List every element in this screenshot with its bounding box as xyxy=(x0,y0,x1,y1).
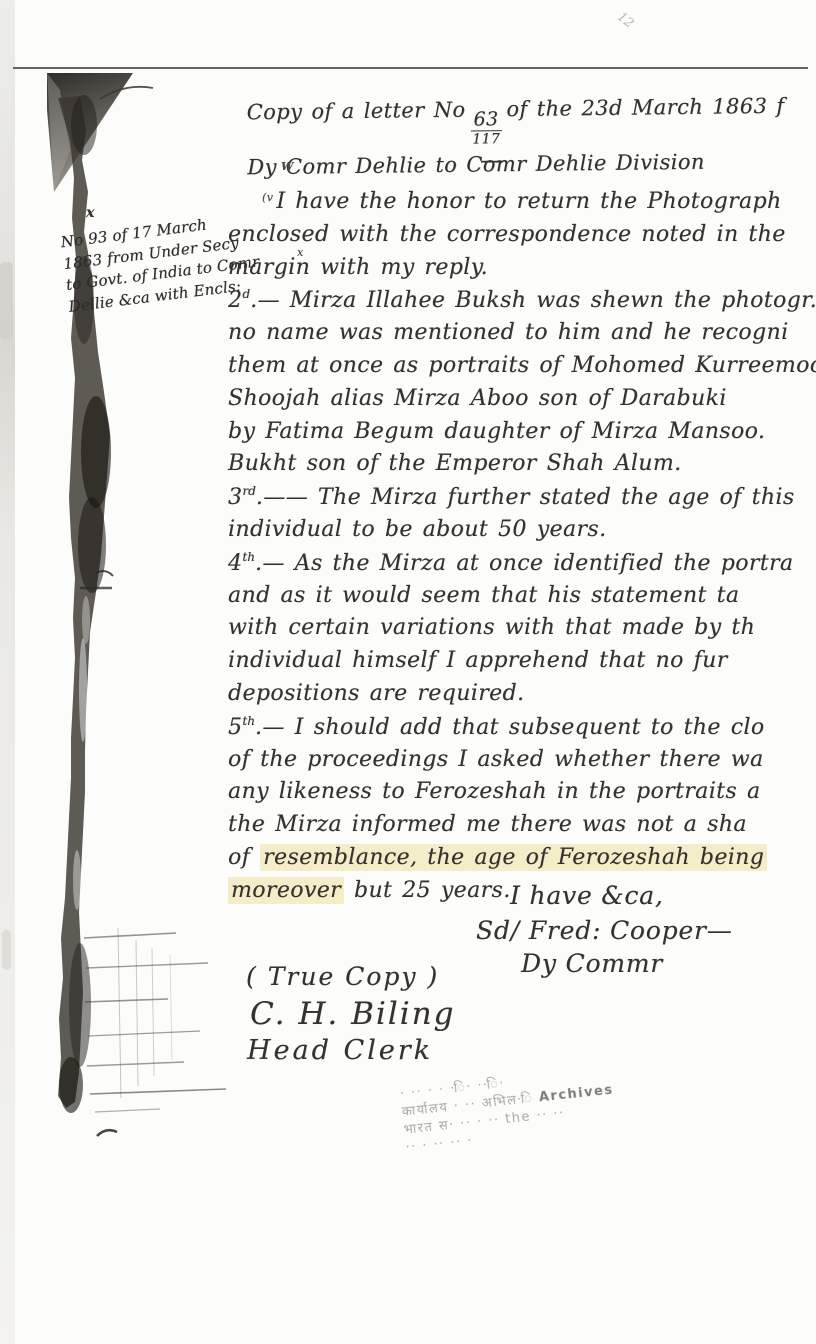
corner-pencil-mark: 12 xyxy=(614,9,636,31)
header-line-1-pre: Copy of a letter No xyxy=(247,98,466,125)
letter-line: enclosed with the correspondence noted i… xyxy=(228,222,803,255)
letter-line: with certain variations with that made b… xyxy=(228,615,803,648)
insertion-caret-w: W xyxy=(281,160,293,173)
scanner-edge-strip xyxy=(0,0,15,1344)
letter-number-fraction: 63117 xyxy=(470,110,501,146)
page-top-edge xyxy=(13,67,808,69)
letter-line: individual to be about 50 years. xyxy=(228,517,803,550)
letter-line: individual himself I apprehend that no f… xyxy=(228,648,803,681)
letter-line: of resemblance, the age of Ferozeshah be… xyxy=(228,845,803,878)
scan-page: 12 xyxy=(0,0,816,1344)
closing-signatory: Sd/ Fred: Cooper— xyxy=(476,916,733,945)
letter-number-denominator: 117 xyxy=(472,131,500,146)
header-divider: — xyxy=(480,146,504,174)
head-clerk-title: Head Clerk xyxy=(247,1035,433,1066)
letter-line: by Fatima Begum daughter of Mirza Mansoo… xyxy=(228,419,803,452)
letter-header: Copy of a letter No63117of the 23d March… xyxy=(246,88,785,187)
archive-stamp: · ·· · · ·ि· ··ि· कार्यालय · ·· अभिल·ि A… xyxy=(399,1050,745,1157)
letter-line: and as it would seem that his statement … xyxy=(228,583,803,616)
letter-line: 3rd.—— The Mirza further stated the age … xyxy=(228,484,803,517)
closing-valediction: I have &ca, xyxy=(510,881,664,910)
margin-note-caret: x xyxy=(86,205,94,221)
letter-line: margin with my reply. xyxy=(228,255,803,288)
header-line-2: Dy Comr Dehlie to Comr Dehlie Division xyxy=(247,143,785,187)
letter-line: (vI have the honor to return the Photogr… xyxy=(228,189,803,222)
letter-line: depositions are required. xyxy=(228,681,803,714)
head-clerk-signature: C. H. Biling xyxy=(250,996,455,1032)
letter-line: no name was mentioned to him and he reco… xyxy=(228,320,803,353)
edge-smudge xyxy=(0,262,13,340)
letter-line: Bukht son of the Emperor Shah Alum. xyxy=(228,451,803,484)
letter-line: Shoojah alias Mirza Aboo son of Darabuki xyxy=(228,386,803,419)
letter-body: (vI have the honor to return the Photogr… xyxy=(228,189,803,911)
true-copy-note: ( True Copy ) xyxy=(246,962,439,991)
fold-shadow-triangle xyxy=(47,73,133,192)
letter-line: 2d.— Mirza Illahee Buksh was shewn the p… xyxy=(228,287,803,320)
header-line-1: Copy of a letter No63117of the 23d March… xyxy=(246,88,785,150)
letter-number: 63 xyxy=(470,110,501,131)
header-line-1-post: of the 23d March 1863 f xyxy=(506,94,784,121)
letter-line: 4th.— As the Mirza at once identified th… xyxy=(228,550,803,583)
letter-line: of the proceedings I asked whether there… xyxy=(228,747,803,780)
letter-line: the Mirza informed me there was not a sh… xyxy=(228,812,803,845)
letter-line: 5th.— I should add that subsequent to th… xyxy=(228,714,803,747)
closing-signatory-title: Dy Commr xyxy=(521,949,663,978)
letter-line: any likeness to Ferozeshah in the portra… xyxy=(228,779,803,812)
letter-line: them at once as portraits of Mohomed Kur… xyxy=(228,353,803,386)
edge-smudge xyxy=(2,930,11,970)
